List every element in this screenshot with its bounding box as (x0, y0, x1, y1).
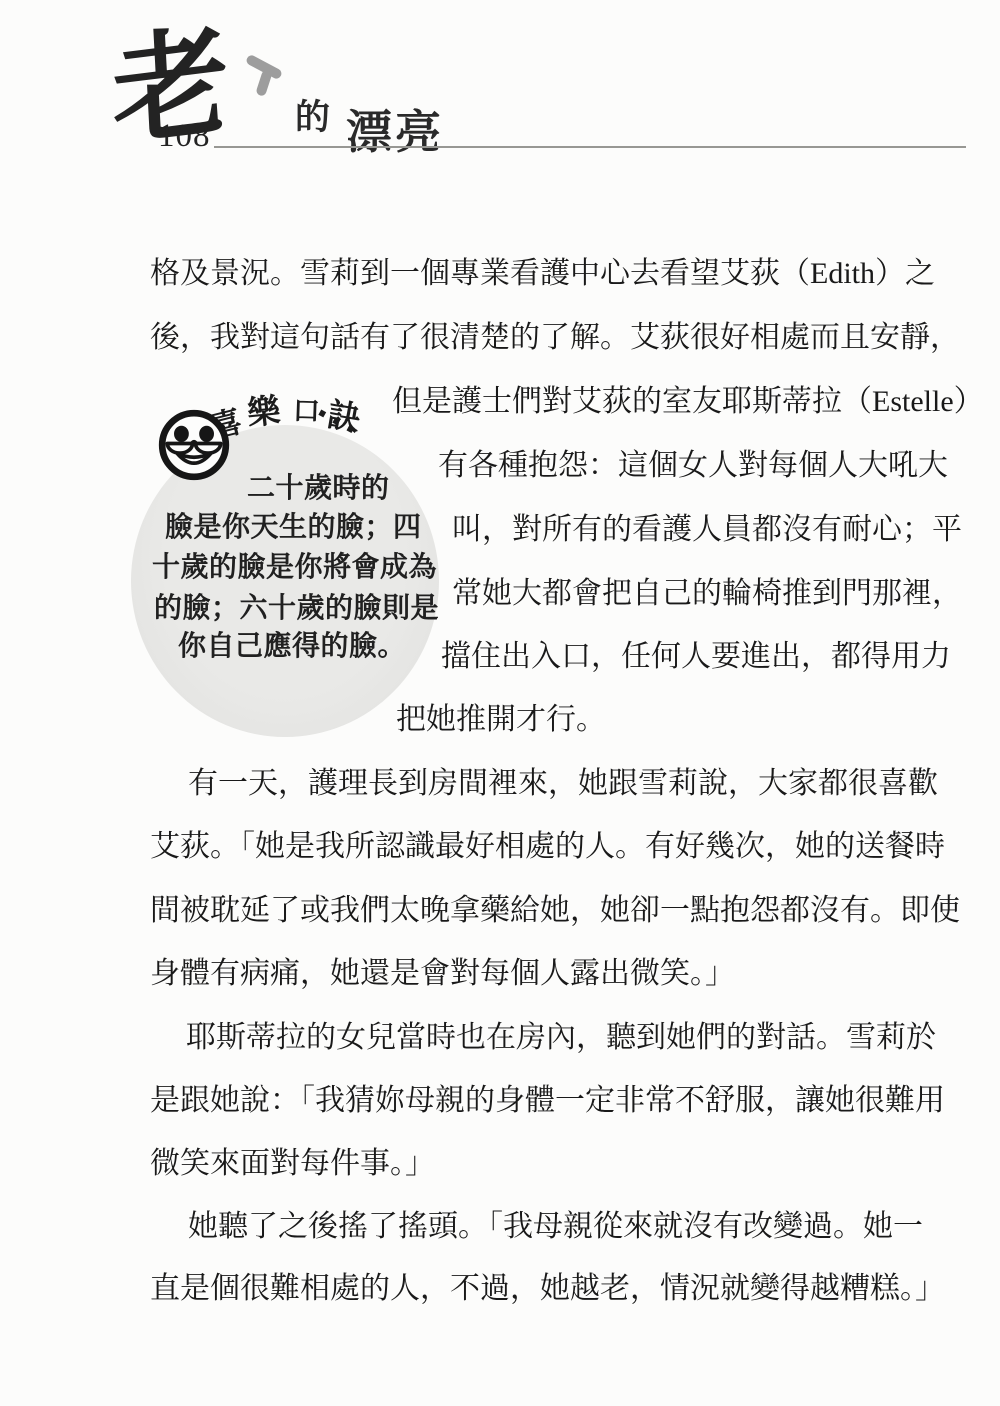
body-text-line: 擋住出入口，任何人要進出，都得用力 (441, 639, 951, 675)
smiley-glasses-icon (157, 407, 231, 483)
body-text-line: 間被耽延了或我們太晚拿藥給她，她卻一點抱怨都沒有。即使 (150, 893, 960, 929)
quote-line: 你自己應得的臉。 (178, 630, 406, 662)
quote-line: 的臉；六十歲的臉則是 (154, 592, 439, 624)
body-text-line: 把她推開才行。 (396, 702, 606, 738)
body-text-line: 她聽了之後搖了搖頭。「我母親從來就沒有改變過。她一 (188, 1209, 923, 1245)
body-text-line: 格及景況。雪莉到一個專業看護中心去看望艾荻（Edith）之 (150, 256, 935, 292)
body-text-line: 耶斯蒂拉的女兒當時也在房內，聽到她們的對話。雪莉於 (186, 1020, 936, 1056)
body-text-line: 是跟她說：「我猜妳母親的身體一定非常不舒服，讓她很難用 (150, 1083, 945, 1119)
logo-ink-accent (243, 58, 289, 98)
logo-character-de: 的 (295, 90, 330, 140)
quote-line: 臉是你天生的臉；四 (165, 511, 422, 543)
book-page: 老 的 漂亮 108 喜 樂 口 訣 ... 二十歲時的 臉是你天生的臉；四 十… (0, 0, 1000, 1406)
page-number: 108 (158, 118, 211, 155)
logo-text-piaoliang: 漂亮 (346, 96, 444, 162)
quote-line: 十歲的臉是你將會成為 (152, 551, 437, 583)
body-text-line: 直是個很難相處的人，不過，她越老，情況就變得越糟糕。」 (150, 1271, 945, 1307)
body-text-line: 叫，對所有的看護人員都沒有耐心；平 (452, 512, 962, 548)
callout-title-char: 樂 (245, 384, 283, 434)
body-text-line: 身體有病痛，她還是會對每個人露出微笑。」 (150, 956, 735, 992)
body-text-line: 艾荻。「她是我所認識最好相處的人。有好幾次，她的送餐時 (150, 829, 945, 865)
quote-line: 二十歲時的 (247, 472, 390, 504)
body-text-line: 微笑來面對每件事。」 (150, 1146, 435, 1182)
body-text-line: 後，我對這句話有了很清楚的了解。艾荻很好相處而且安靜， (150, 320, 960, 356)
body-text-line: 常她大都會把自己的輪椅推到門那裡， (452, 576, 962, 612)
body-text-line: 但是護士們對艾荻的室友耶斯蒂拉（Estelle） (392, 384, 984, 420)
body-text-line: 有各種抱怨：這個女人對每個人大吼大 (438, 448, 948, 484)
header-rule (214, 146, 966, 148)
body-text-line: 有一天，護理長到房間裡來，她跟雪莉說，大家都很喜歡 (188, 766, 938, 802)
